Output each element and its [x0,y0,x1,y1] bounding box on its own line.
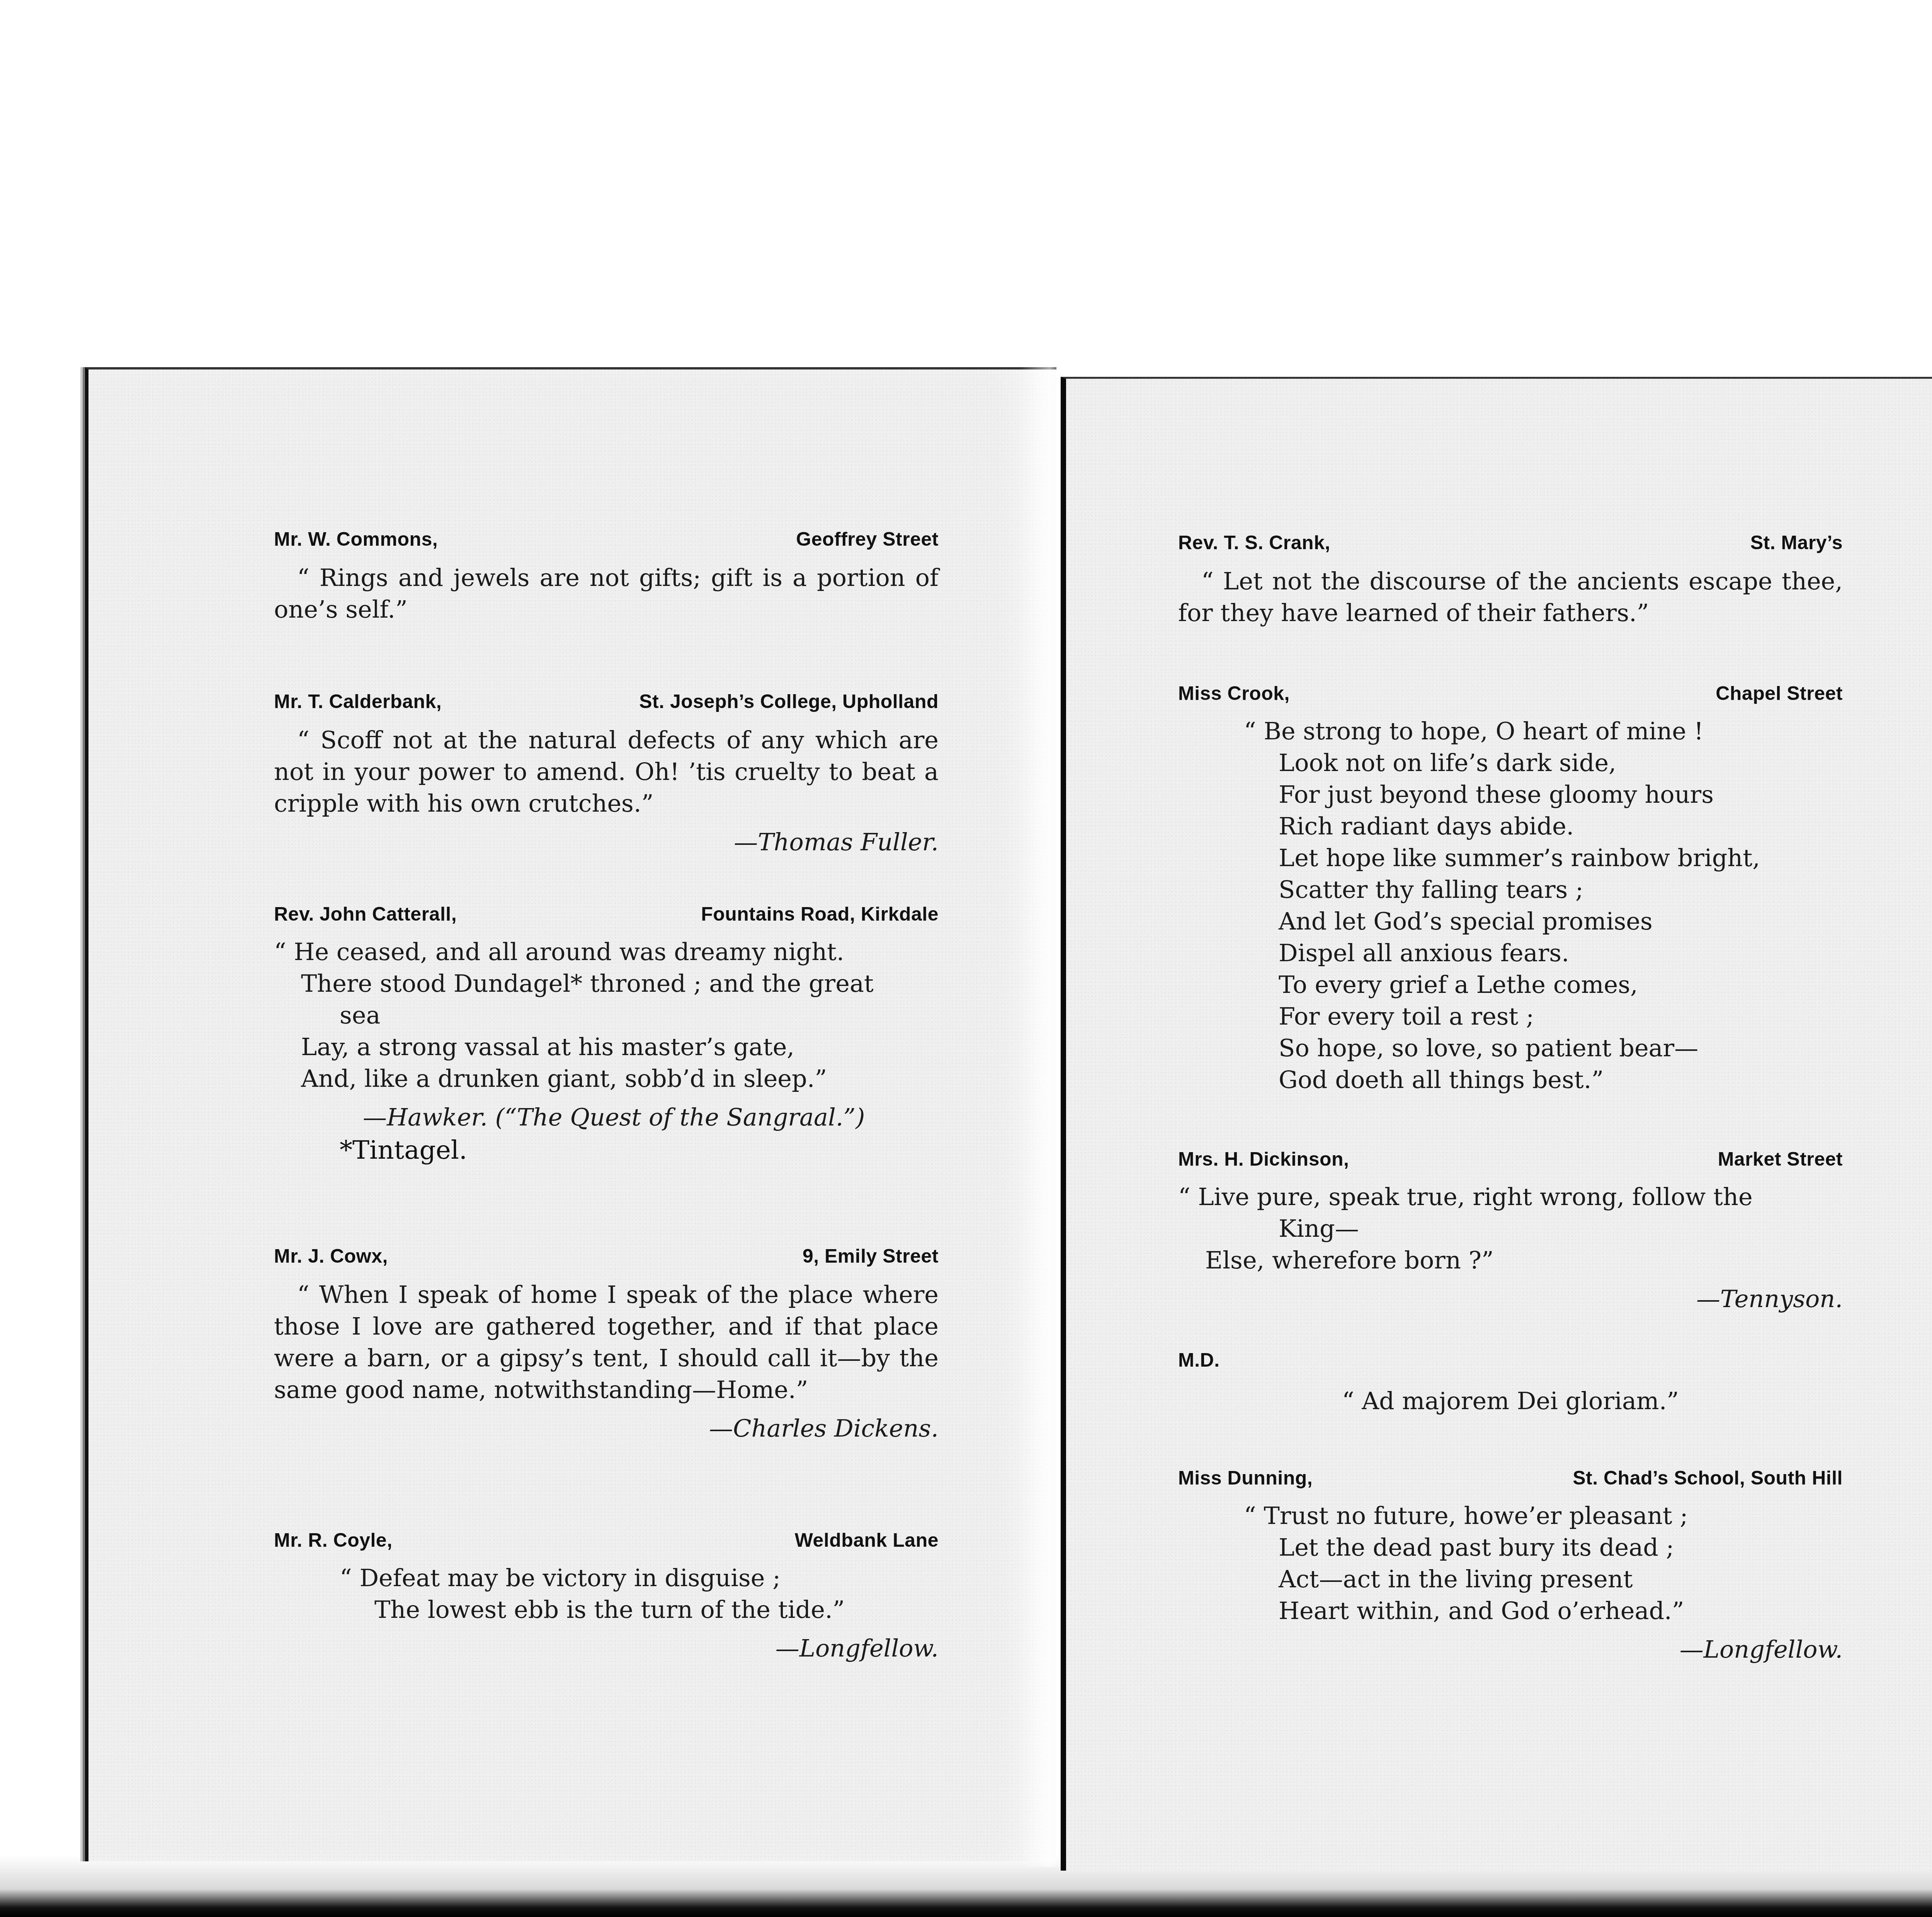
verse-line: Act—act in the living present [1178,1563,1843,1595]
entry-crank: Rev. T. S. Crank, St. Mary’s “ Let not t… [1178,531,1843,629]
verse-line: Scatter thy falling tears ; [1178,874,1843,906]
entry-coyle: Mr. R. Coyle, Weldbank Lane “ Defeat may… [274,1529,939,1662]
verse-line: Let hope like summer’s rainbow bright, [1178,842,1843,874]
contributor-address: Geoffrey Street [796,528,939,550]
entry-calderbank: Mr. T. Calderbank, St. Joseph’s College,… [274,690,939,856]
verse-line: For every toil a rest ; [1178,1001,1843,1032]
attribution: —Charles Dickens. [274,1414,939,1442]
contributor-address: 9, Emily Street [803,1245,939,1267]
entry-heading: Rev. T. S. Crank, St. Mary’s [1178,531,1843,554]
contributor-name: Mr. T. Calderbank, [274,690,442,713]
verse-line: Else, wherefore born ?” [1178,1245,1843,1276]
attribution: —Longfellow. [274,1634,939,1662]
contributor-name: Mr. W. Commons, [274,528,438,550]
quotation: “ Let not the discourse of the ancients … [1178,565,1843,629]
attribution: —Hawker. (“The Quest of the Sangraal.”) [274,1103,939,1131]
verse: “ He ceased, and all around was dreamy n… [274,936,939,1095]
verse-line: Look not on life’s dark side, [1178,747,1843,779]
entry-heading: Rev. John Catterall, Fountains Road, Kir… [274,903,939,925]
contributor-name: Rev. John Catterall, [274,903,457,925]
entry-heading: Mr. R. Coyle, Weldbank Lane [274,1529,939,1551]
attribution: —Longfellow. [1178,1635,1843,1663]
left-page: Mr. W. Commons, Geoffrey Street “ Rings … [85,367,1056,1861]
right-page: Rev. T. S. Crank, St. Mary’s “ Let not t… [1061,377,1932,1871]
entry-catterall: Rev. John Catterall, Fountains Road, Kir… [274,903,939,1165]
verse-line: For just beyond these gloomy hours [1178,779,1843,810]
contributor-address: St. Mary’s [1750,531,1843,554]
verse-line: The lowest ebb is the turn of the tide.” [274,1594,939,1626]
quotation: “ Ad majorem Dei gloriam.” [1178,1387,1843,1415]
entry-dunning: Miss Dunning, St. Chad’s School, South H… [1178,1467,1843,1663]
verse: “ Be strong to hope, O heart of mine ! L… [1178,715,1843,1096]
entry-heading: M.D. [1178,1349,1843,1371]
footnote: *Tintagel. [274,1135,939,1165]
contributor-name: Miss Dunning, [1178,1467,1313,1489]
quotation: “ When I speak of home I speak of the pl… [274,1279,939,1406]
verse-line: Heart within, and God o’erhead.” [1178,1595,1843,1627]
entry-dickinson: Mrs. H. Dickinson, Market Street “ Live … [1178,1148,1843,1313]
contributor-address: Chapel Street [1716,682,1843,705]
entry-md: M.D. “ Ad majorem Dei gloriam.” [1178,1349,1843,1415]
verse-line: “ Trust no future, howe’er pleasant ; [1178,1500,1843,1532]
verse: “ Defeat may be victory in disguise ; Th… [274,1562,939,1626]
contributor-address: Fountains Road, Kirkdale [701,903,939,925]
entry-heading: Mr. W. Commons, Geoffrey Street [274,528,939,550]
verse: “ Live pure, speak true, right wrong, fo… [1178,1181,1843,1276]
verse-line: God doeth all things best.” [1178,1064,1843,1096]
entry-heading: Mr. J. Cowx, 9, Emily Street [274,1245,939,1267]
verse-line: sea [274,999,939,1031]
verse-line: And let God’s special promises [1178,906,1843,937]
contributor-name: Mrs. H. Dickinson, [1178,1148,1349,1170]
verse-line: Rich radiant days abide. [1178,810,1843,842]
contributor-address: Market Street [1718,1148,1843,1170]
contributor-address: St. Chad’s School, South Hill [1573,1467,1843,1489]
entry-cowx: Mr. J. Cowx, 9, Emily Street “ When I sp… [274,1245,939,1442]
quotation: “ Scoff not at the natural defects of an… [274,724,939,819]
entry-heading: Miss Crook, Chapel Street [1178,682,1843,705]
verse-line: And, like a drunken giant, sobb’d in sle… [274,1063,939,1095]
verse-line: Let the dead past bury its dead ; [1178,1532,1843,1563]
contributor-name: Miss Crook, [1178,682,1290,705]
verse-line: There stood Dundagel* throned ; and the … [274,968,939,999]
contributor-name: M.D. [1178,1349,1220,1371]
verse-line: “ Be strong to hope, O heart of mine ! [1178,715,1843,747]
verse-line: “ Live pure, speak true, right wrong, fo… [1178,1181,1843,1213]
entry-heading: Mrs. H. Dickinson, Market Street [1178,1148,1843,1170]
contributor-address: St. Joseph’s College, Upholland [639,690,939,713]
verse-line: So hope, so love, so patient bear— [1178,1032,1843,1064]
entry-crook: Miss Crook, Chapel Street “ Be strong to… [1178,682,1843,1096]
binding-gutter [1020,367,1063,1867]
contributor-name: Mr. J. Cowx, [274,1245,388,1267]
entry-commons: Mr. W. Commons, Geoffrey Street “ Rings … [274,528,939,625]
entry-heading: Mr. T. Calderbank, St. Joseph’s College,… [274,690,939,713]
attribution: —Tennyson. [1178,1285,1843,1313]
contributor-name: Mr. R. Coyle, [274,1529,393,1551]
verse: “ Trust no future, howe’er pleasant ; Le… [1178,1500,1843,1627]
verse-line: King— [1178,1213,1843,1245]
verse-line: “ Defeat may be victory in disguise ; [274,1562,939,1594]
quotation: “ Rings and jewels are not gifts; gift i… [274,562,939,625]
contributor-name: Rev. T. S. Crank, [1178,531,1330,554]
verse-line: Dispel all anxious fears. [1178,937,1843,969]
entry-heading: Miss Dunning, St. Chad’s School, South H… [1178,1467,1843,1489]
verse-line: Lay, a strong vassal at his master’s gat… [274,1031,939,1063]
attribution: —Thomas Fuller. [274,828,939,856]
verse-line: “ He ceased, and all around was dreamy n… [274,936,939,968]
verse-line: To every grief a Lethe comes, [1178,969,1843,1001]
contributor-address: Weldbank Lane [795,1529,939,1551]
